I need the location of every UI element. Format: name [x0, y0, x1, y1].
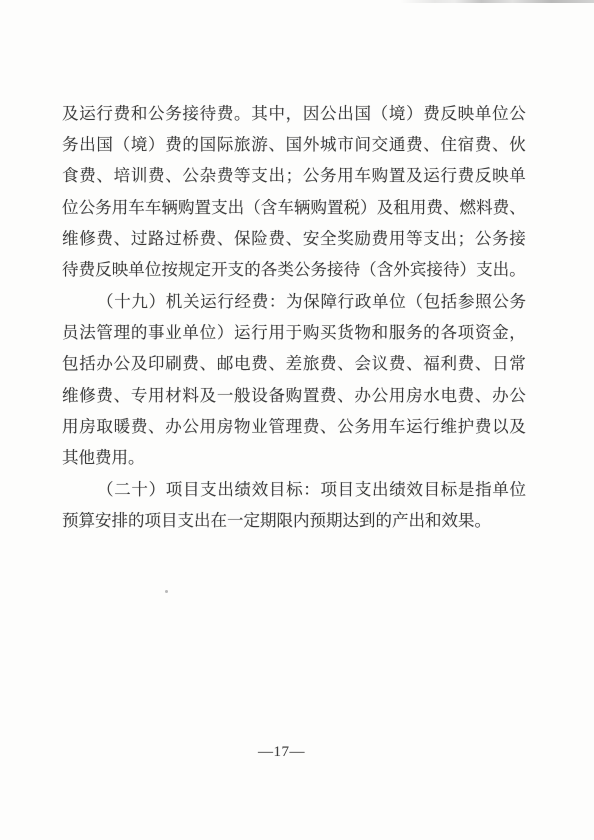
- text-line: 员法管理的事业单位）运行用于购买货物和服务的各项资金，: [62, 315, 526, 346]
- text-line: 维修费、专用材料及一般设备购置费、办公用房水电费、办公: [62, 378, 526, 409]
- scan-artifact-speck: [165, 590, 168, 593]
- text-line: 包括办公及印刷费、邮电费、差旅费、会议费、福利费、日常: [62, 347, 526, 378]
- text-line: 待费反映单位按规定开支的各类公务接待（含外宾接待）支出。: [62, 253, 526, 284]
- scan-artifact-streak: [400, 0, 594, 3]
- text-line: 食费、培训费、公杂费等支出；公务用车购置及运行费反映单: [62, 159, 526, 190]
- text-line: 及运行费和公务接待费。其中，因公出国（境）费反映单位公: [62, 96, 526, 127]
- page-number: —17—: [258, 744, 304, 761]
- body-text-block: 及运行费和公务接待费。其中，因公出国（境）费反映单位公务出国（境）费的国际旅游、…: [62, 96, 526, 535]
- text-line: （二十）项目支出绩效目标：项目支出绩效目标是指单位: [62, 472, 526, 503]
- text-line: 其他费用。: [62, 441, 526, 472]
- document-page: 及运行费和公务接待费。其中，因公出国（境）费反映单位公务出国（境）费的国际旅游、…: [0, 0, 594, 840]
- text-line: （十九）机关运行经费：为保障行政单位（包括参照公务: [62, 284, 526, 315]
- text-line: 用房取暖费、办公用房物业管理费、公务用车运行维护费以及: [62, 409, 526, 440]
- text-line: 预算安排的项目支出在一定期限内预期达到的产出和效果。: [62, 503, 526, 534]
- text-line: 务出国（境）费的国际旅游、国外城市间交通费、住宿费、伙: [62, 127, 526, 158]
- text-line: 位公务用车车辆购置支出（含车辆购置税）及租用费、燃料费、: [62, 190, 526, 221]
- text-line: 维修费、过路过桥费、保险费、安全奖励费用等支出；公务接: [62, 221, 526, 252]
